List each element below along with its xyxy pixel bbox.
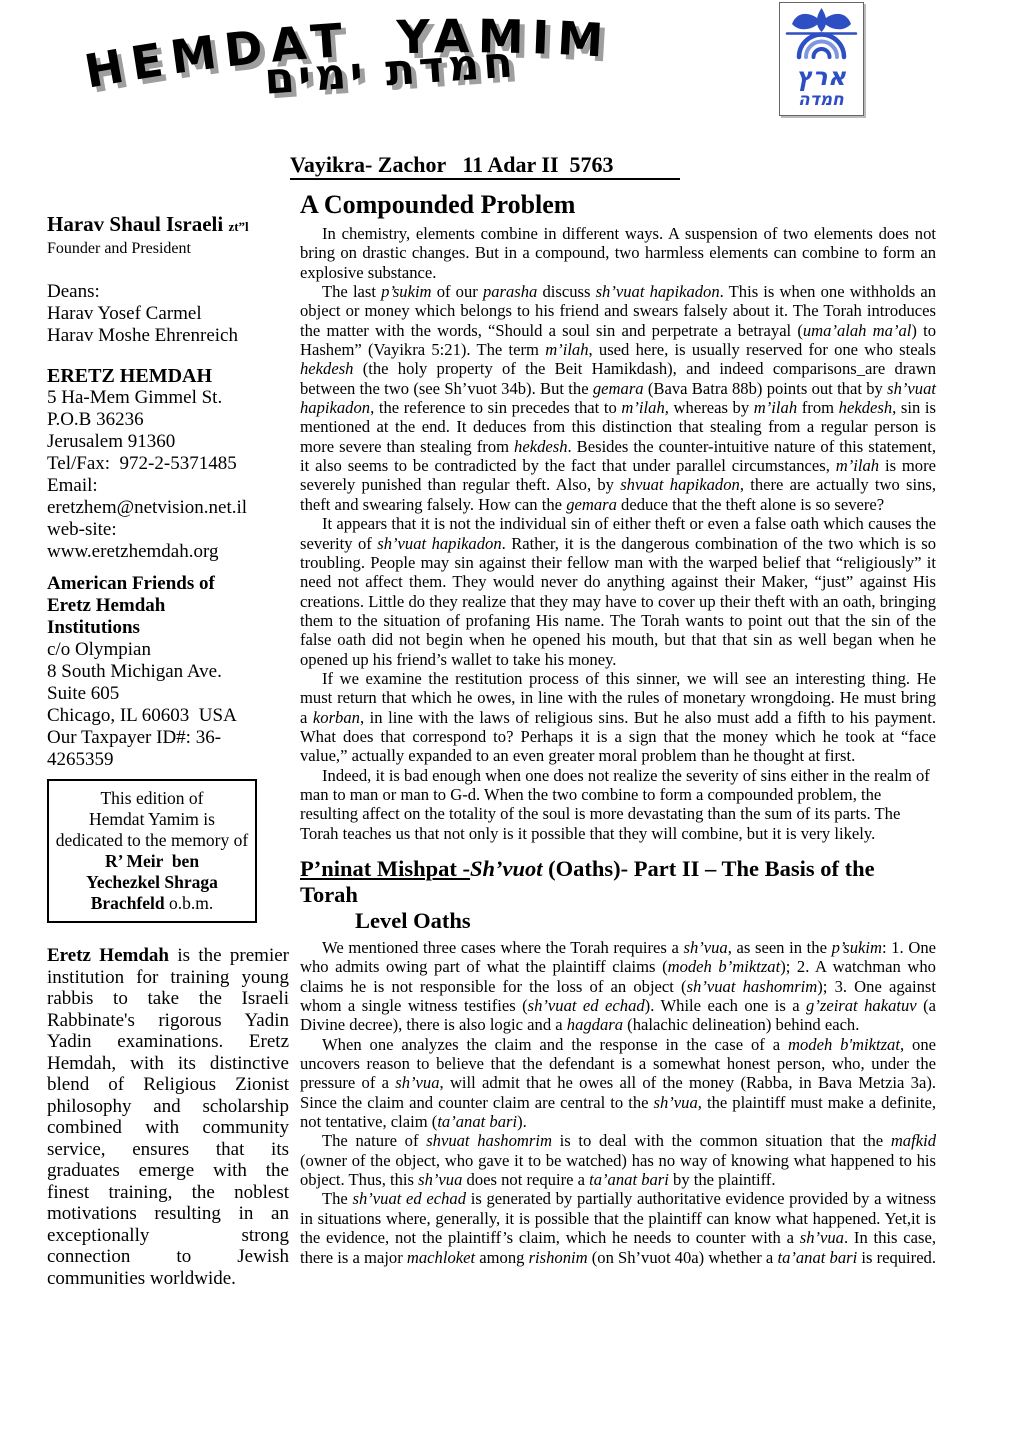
american-friends-block: American Friends of Eretz Hemdah Institu… [47,573,289,771]
article2-paragraph: We mentioned three cases where the Torah… [300,938,936,1035]
friends-name-line: Eretz Hemdah [47,595,289,617]
menorah-flame-logo-icon: ארץ חמדה [780,3,863,115]
friends-address-line: Suite 605 [47,683,289,705]
article2-title-line2: Level Oaths [355,908,471,933]
article2-paragraph: The nature of shvuat hashomrim is to dea… [300,1131,936,1189]
article1-paragraph: It appears that it is not the individual… [300,514,936,669]
org-address-block: ERETZ HEMDAH 5 Ha-Mem Gimmel St. P.O.B 3… [47,365,289,563]
article1-paragraph: If we examine the restitution process of… [300,669,936,766]
article2-paragraph: The sh’vuat ed echad is generated by par… [300,1189,936,1266]
article2-title-line1: P’ninat Mishpat -Sh’vuot (Oaths)- Part I… [300,856,875,907]
dean-name: Harav Moshe Ehrenreich [47,325,289,347]
friends-address-line: c/o Olympian [47,639,289,661]
sidebar: Harav Shaul Israeli zt”l Founder and Pre… [47,212,289,1289]
dean-name: Harav Yosef Carmel [47,303,289,325]
org-website-label: web-site: [47,519,289,541]
article1-paragraph: The last p’sukim of our parasha discuss … [300,282,936,514]
friends-address-line: Chicago, IL 60603 USA [47,705,289,727]
dedication-line: dedicated to the memory of [53,830,251,851]
article2-title: P’ninat Mishpat -Sh’vuot (Oaths)- Part I… [300,856,936,934]
org-address-line: Jerusalem 91360 [47,431,289,453]
article1-title: A Compounded Problem [300,190,936,220]
org-email-label: Email: [47,475,289,497]
issue-title: Vayikra- Zachor 11 Adar II 5763 [290,152,680,178]
org-address-line: P.O.B 36236 [47,409,289,431]
dedication-line: Brachfeld o.b.m. [53,893,251,914]
friends-taxid-line: 4265359 [47,749,289,771]
friends-name-line: Institutions [47,617,289,639]
article2-paragraph: When one analyzes the claim and the resp… [300,1035,936,1132]
dedication-line: Hemdat Yamim is [53,809,251,830]
dedication-line: R’ Meir ben [53,851,251,872]
article1-paragraph: Indeed, it is bad enough when one does n… [300,766,936,843]
dedication-box: This edition of Hemdat Yamim is dedicate… [47,779,257,923]
org-website: www.eretzhemdah.org [47,541,289,563]
founder-name: Harav Shaul Israeli zt”l [47,212,289,239]
article1-paragraph: In chemistry, elements combine in differ… [300,224,936,282]
document-page: HEMDAT YAMIM HEMDAT YAMIM חמדת ימים אר [0,0,1020,1443]
issue-title-text: Vayikra- Zachor 11 Adar II 5763 [290,152,680,180]
logo-hebrew-line1: ארץ [796,62,847,91]
friends-taxid-line: Our Taxpayer ID#: 36- [47,727,289,749]
org-address-line: 5 Ha-Mem Gimmel St. [47,387,289,409]
dedication-line: This edition of [53,788,251,809]
org-logo: ארץ חמדה [779,2,864,116]
deans-label: Deans: [47,281,289,303]
founder-title: Founder and President [47,239,289,259]
logo-hebrew-line2: חמדה [798,90,844,110]
friends-name-line: American Friends of [47,573,289,595]
founder-honorific: zt”l [228,219,248,234]
org-phone-line: Tel/Fax: 972-2-5371485 [47,453,289,475]
org-email: eretzhem@netvision.net.il [47,497,289,519]
deans-block: Deans: Harav Yosef Carmel Harav Moshe Eh… [47,281,289,347]
about-eretz-hemdah: Eretz Hemdah is the premier institution … [47,945,289,1289]
dedication-line: Yechezkel Shraga [53,872,251,893]
friends-address-line: 8 South Michigan Ave. [47,661,289,683]
org-name: ERETZ HEMDAH [47,365,289,387]
main-content: A Compounded Problem In chemistry, eleme… [300,190,936,1267]
